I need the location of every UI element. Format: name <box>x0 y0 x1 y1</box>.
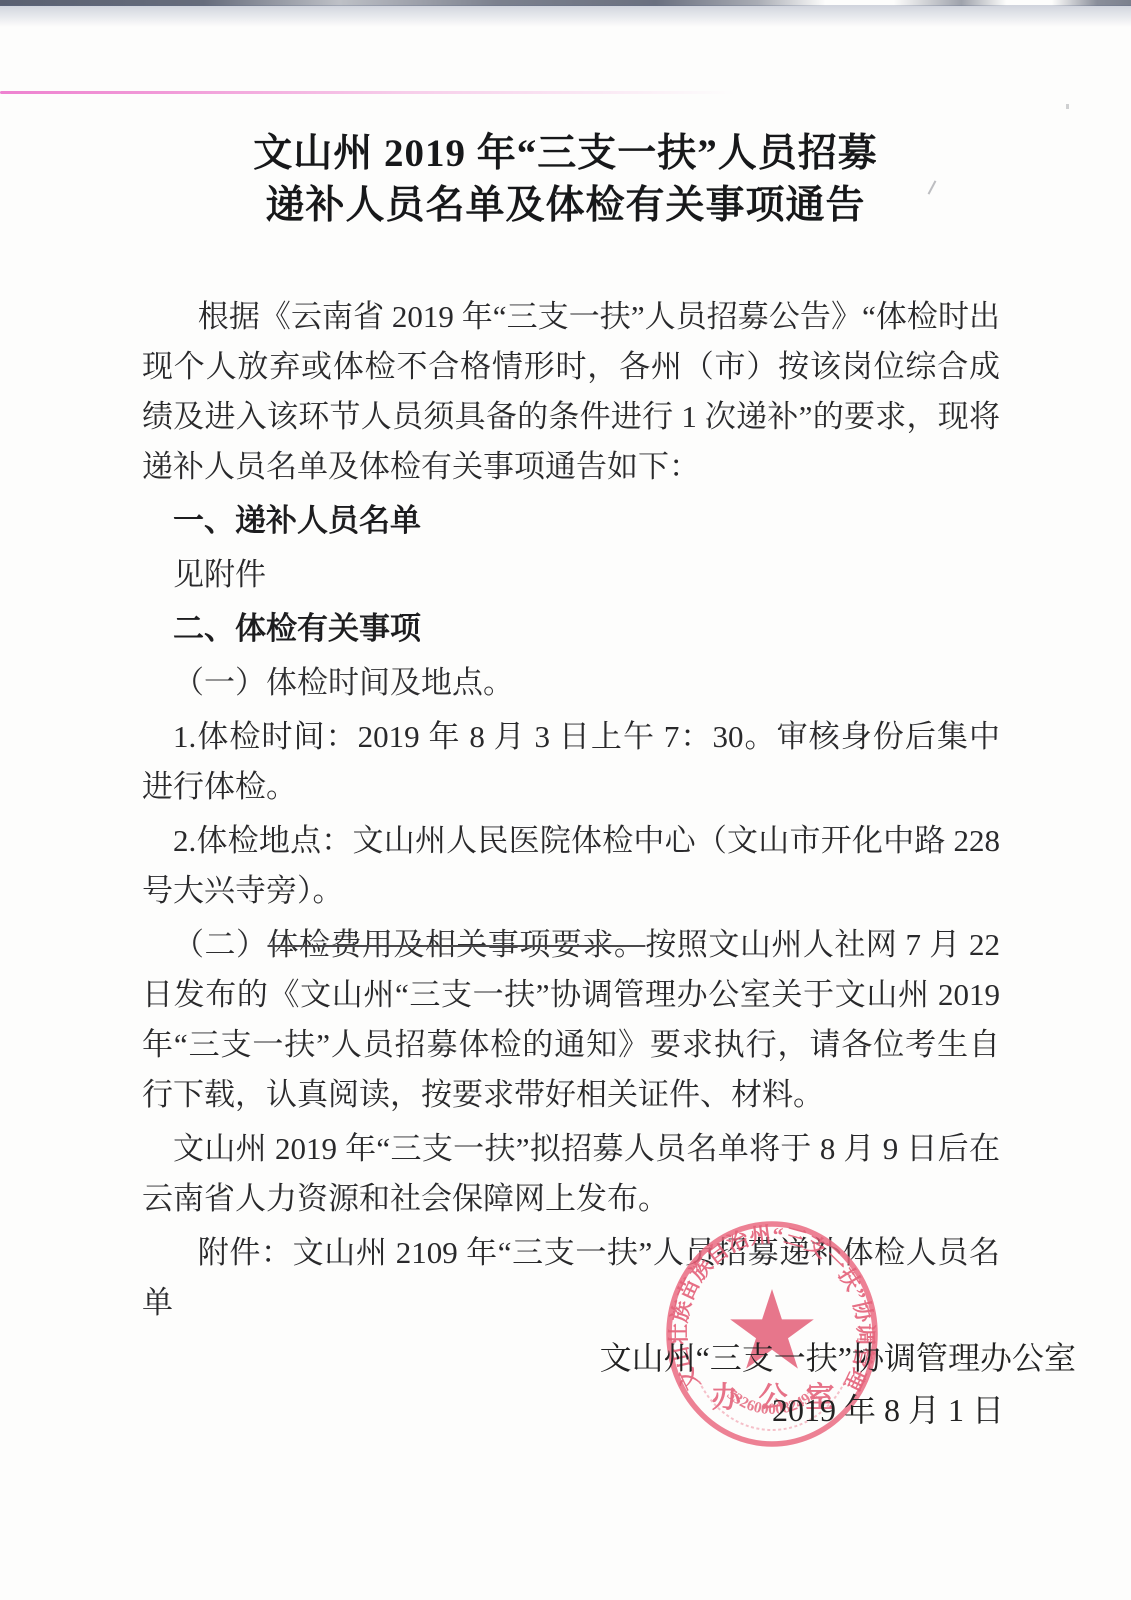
item2-heading-struck: 体检费用及相关事项要求。 <box>267 927 645 962</box>
item1-time-paragraph: 1.体检时间：2019 年 8 月 3 日上午 7：30。审核身份后集中进行体检… <box>142 712 1000 812</box>
section2-heading: 二、体检有关事项 <box>142 604 1000 654</box>
signature-date: 2019 年 8 月 1 日 <box>0 1384 1131 1436</box>
announce-paragraph: 文山州 2019 年“三支一扶”拟招募人员名单将于 8 月 9 日后在云南省人力… <box>142 1124 1000 1224</box>
scan-speck-dot <box>1066 104 1069 109</box>
document-title-line2: 递补人员名单及体检有关事项通告 <box>0 180 1131 232</box>
item2-paragraph: （二）体检费用及相关事项要求。按照文山州人社网 7 月 22 日发布的《文山州“… <box>142 920 1000 1120</box>
section1-heading: 一、递补人员名单 <box>142 496 1000 546</box>
scanner-edge-shadow-fade <box>0 5 1131 31</box>
section1-text: 见附件 <box>142 550 1000 600</box>
document-title: 文山州 2019 年“三支一扶”人员招募 递补人员名单及体检有关事项通告 <box>0 0 1131 232</box>
intro-paragraph: 根据《云南省 2019 年“三支一扶”人员招募公告》“体检时出现个人放弃或体检不… <box>142 292 1000 492</box>
item1-heading: （一）体检时间及地点。 <box>142 658 1000 708</box>
item2-prefix: （二） <box>173 927 267 962</box>
document-title-line1: 文山州 2019 年“三支一扶”人员招募 <box>0 128 1131 180</box>
document-body: 根据《云南省 2019 年“三支一扶”人员招募公告》“体检时出现个人放弃或体检不… <box>142 292 1000 1328</box>
signature-office: 文山州“三支一扶”协调管理办公室 <box>0 1332 1131 1384</box>
scanned-notice-page: 文山州 2019 年“三支一扶”人员招募 递补人员名单及体检有关事项通告 根据《… <box>0 0 1131 1600</box>
pink-scan-streak <box>0 91 735 94</box>
item1-place-paragraph: 2.体检地点：文山州人民医院体检中心（文山市开化中路 228 号大兴寺旁）。 <box>142 816 1000 916</box>
